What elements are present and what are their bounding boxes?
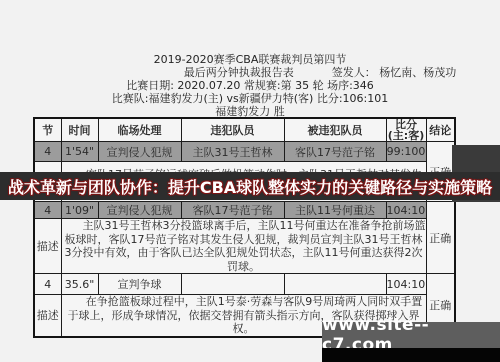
quarter-cell: 4 [34, 142, 61, 162]
referee-report-table: 节 时间 临场处理 违犯队员 被违犯队员 比分 (主:客) 结论 4 1'54"… [33, 117, 456, 338]
time-cell: 1'09" [61, 202, 98, 219]
report-signers: 签发人： 杨忆南、杨茂功 [332, 66, 457, 79]
column-header-offender: 违犯队员 [181, 118, 284, 142]
event-row-3: 4 35.6" 宣判争球 104:101 正确 [34, 274, 455, 295]
column-header-time: 时间 [61, 118, 98, 142]
column-header-offended: 被违犯队员 [284, 118, 386, 142]
column-header-score: 比分 (主:客) [386, 118, 426, 142]
ruling-cell: 宣判争球 [98, 274, 181, 295]
ruling-cell: 宣判侵人犯规 [98, 142, 181, 162]
headline-text: 战术革新与团队协作：提升CBA球队整体实力的关键路径与实施策略 [8, 175, 492, 198]
column-header-ruling: 临场处理 [98, 118, 181, 142]
column-header-conclusion: 结论 [426, 118, 455, 142]
watermark-band: www.site--c7.com [322, 322, 500, 348]
description-cell: 主队31号王哲林3分投篮球离手后，主队11号何重达在准备争抢前场篮板球时，客队1… [61, 219, 426, 274]
report-subtitle-line: 最后两分钟执裁报告表签发人： 杨忆南、杨茂功 [70, 66, 500, 79]
offended-cell: 客队17号范子铭 [284, 142, 386, 162]
quarter-cell: 4 [34, 202, 61, 219]
event-row-1: 4 1'54" 宣判侵人犯规 主队31号王哲林 客队17号范子铭 99:100 … [34, 142, 455, 162]
time-cell: 1'54" [61, 142, 98, 162]
offender-cell: 主队31号王哲林 [181, 142, 284, 162]
score-header-line2: (主:客) [387, 130, 426, 141]
watermark-black-strip [322, 348, 500, 362]
description-row-2: 描述 主队31号王哲林3分投篮球离手后，主队11号何重达在准备争抢前场篮板球时，… [34, 219, 455, 274]
table-header-row: 节 时间 临场处理 违犯队员 被违犯队员 比分 (主:客) 结论 [34, 118, 455, 142]
headline-banner: 战术革新与团队协作：提升CBA球队整体实力的关键路径与实施策略 [0, 172, 500, 200]
desc-label-cell: 描述 [34, 219, 61, 274]
document-header: 2019-2020赛季CBA联赛裁判员第四节 最后两分钟执裁报告表签发人： 杨忆… [0, 53, 500, 118]
match-teams-line: 比赛队:福建豹发力(主) vs新疆伊力特(客) 比分:106:101 [0, 92, 500, 105]
column-header-quarter: 节 [34, 118, 61, 142]
event-row-2: 4 1'09" 宣判侵人犯规 客队17号范子铭 主队11号何重达 104:101… [34, 202, 455, 219]
time-cell: 35.6" [61, 274, 98, 295]
ruling-cell: 宣判侵人犯规 [98, 202, 181, 219]
offender-cell: 客队17号范子铭 [181, 202, 284, 219]
score-cell: 99:100 [386, 142, 426, 162]
desc-label-cell: 描述 [34, 295, 61, 337]
quarter-cell: 4 [34, 274, 61, 295]
offended-cell [284, 274, 386, 295]
score-cell: 104:101 [386, 202, 426, 219]
score-cell: 104:101 [386, 274, 426, 295]
conclusion-cell: 正确 [426, 202, 455, 274]
report-subtitle: 最后两分钟执裁报告表 [184, 66, 294, 79]
match-date-line: 比赛日期: 2020.07.20 常规赛:第 35 轮 场序:346 [0, 79, 500, 92]
report-title: 2019-2020赛季CBA联赛裁判员第四节 [0, 53, 500, 66]
offender-cell [181, 274, 284, 295]
report-page: 2019-2020赛季CBA联赛裁判员第四节 最后两分钟执裁报告表签发人： 杨忆… [0, 0, 500, 362]
offended-cell: 主队11号何重达 [284, 202, 386, 219]
